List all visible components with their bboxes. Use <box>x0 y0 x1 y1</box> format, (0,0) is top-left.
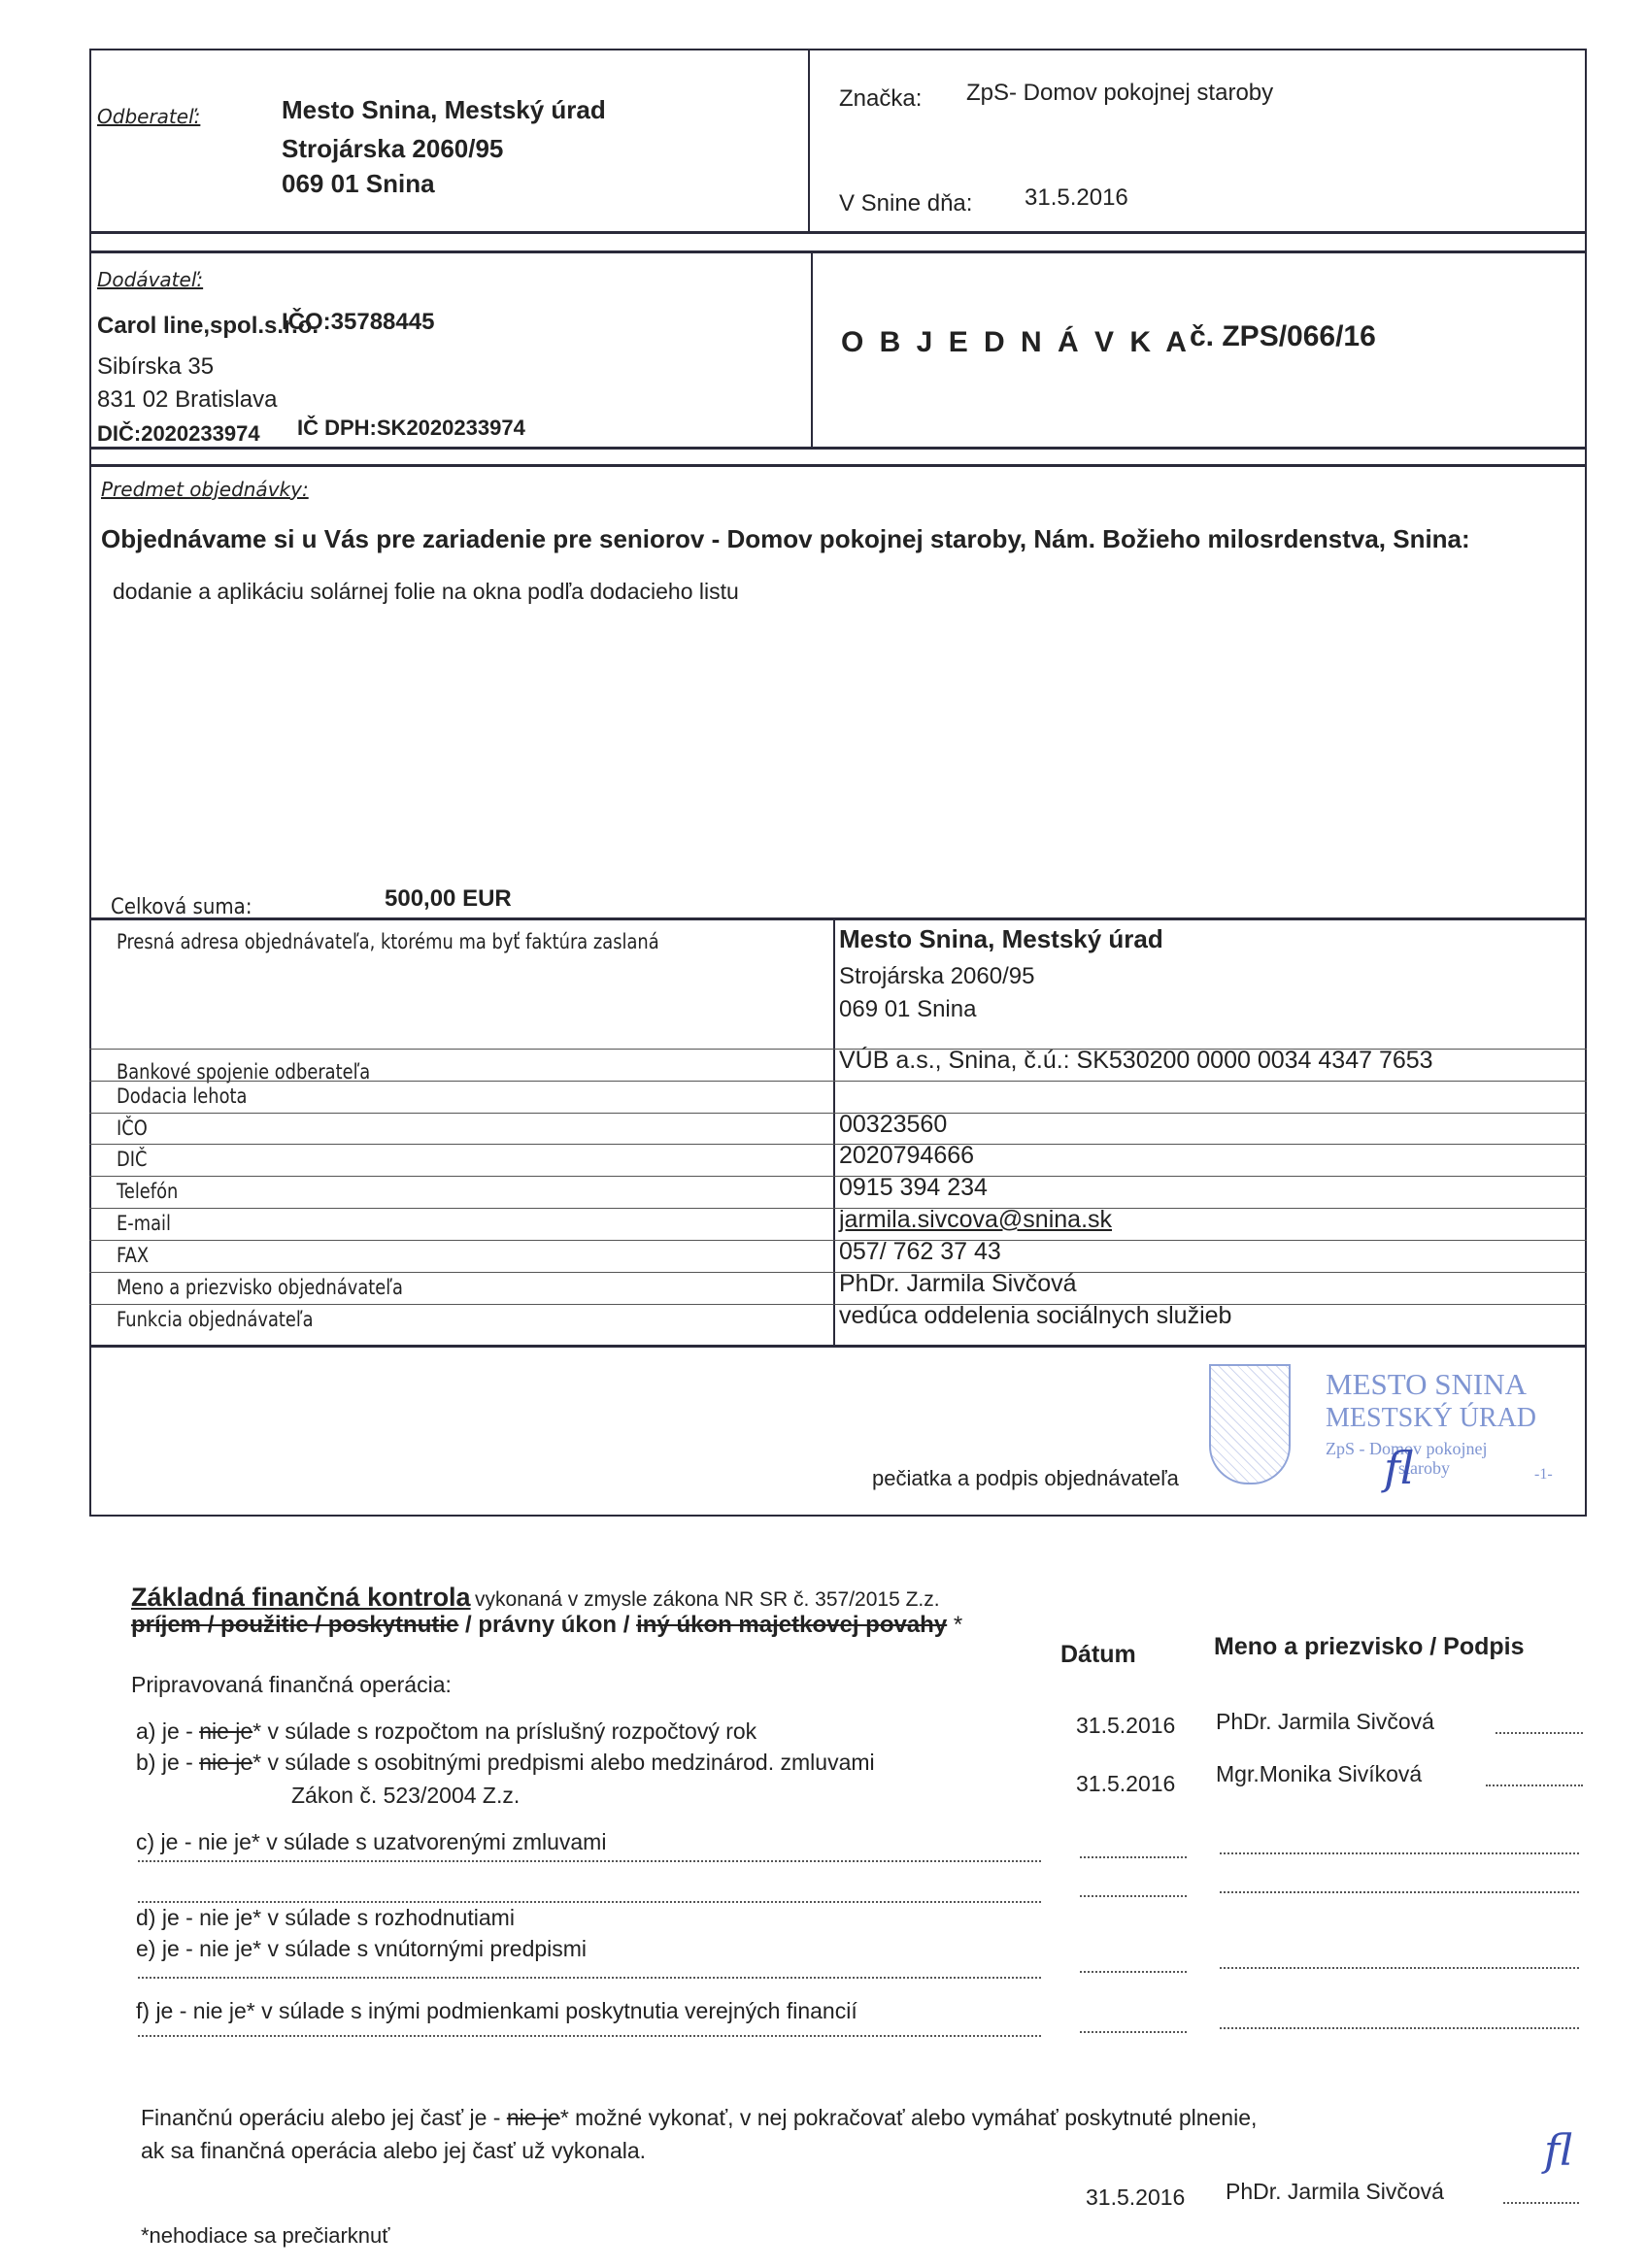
detail-row-value: 057/ 762 37 43 <box>839 1238 1001 1266</box>
detail-row-value: PhDr. Jarmila Sivčová <box>839 1270 1077 1298</box>
item-prefix: a) je - <box>136 1718 199 1744</box>
fill-line[interactable] <box>138 1977 1041 1979</box>
control-item: e) je - nie je* v súlade s vnútornými pr… <box>136 1936 587 1962</box>
final-statement-line2: ak sa finančná operácia alebo jej časť u… <box>141 2138 646 2164</box>
item-text: * v súlade s rozhodnutiami <box>252 1905 515 1930</box>
item-prefix: b) je - <box>136 1750 199 1775</box>
final-prefix: Finančnú operáciu alebo jej časť je - <box>141 2105 507 2130</box>
item-prefix: e) je - nie je <box>136 1936 252 1961</box>
footnote: *nehodiace sa prečiarknuť <box>141 2223 390 2249</box>
item-struck: nie je <box>199 1718 252 1744</box>
item-text: * v súlade s vnútornými predpismi <box>252 1936 587 1961</box>
section-separator <box>89 917 1587 920</box>
subject-label: Predmet objednávky: <box>101 478 309 501</box>
detail-row-value: 00323560 <box>839 1111 947 1139</box>
mark-value: ZpS- Domov pokojnej staroby <box>966 80 1273 107</box>
stamp-line2: MESTSKÝ ÚRAD <box>1326 1403 1536 1434</box>
control-heading: Základná finančná kontrola vykonaná v zm… <box>131 1583 940 1613</box>
column-name-header: Meno a priezvisko / Podpis <box>1214 1633 1525 1661</box>
signature-blank[interactable] <box>1220 1967 1579 1969</box>
item-text: * v súlade s uzatvorenými zmluvami <box>252 1829 607 1854</box>
detail-row-label: Telefón <box>117 1180 178 1203</box>
item-prefix: f) je - nie je <box>136 1998 247 2023</box>
section-separator <box>89 250 1587 253</box>
signature-blank[interactable] <box>1220 1852 1579 1854</box>
control-title: Základná finančná kontrola <box>131 1583 471 1612</box>
invoice-address-city: 069 01 Snina <box>839 996 976 1023</box>
detail-row-value: 2020794666 <box>839 1142 974 1170</box>
date-blank[interactable] <box>1080 1895 1187 1897</box>
total-label: Celková suma: <box>111 895 252 919</box>
item-struck: nie je <box>199 1750 252 1775</box>
header-divider <box>811 250 813 447</box>
final-date: 31.5.2016 <box>1086 2185 1185 2211</box>
prepared-operation-label: Pripravovaná finančná operácia: <box>131 1672 452 1698</box>
final-signature-line <box>1503 2202 1579 2204</box>
item-date: 31.5.2016 <box>1076 1713 1175 1739</box>
signature-line[interactable] <box>1496 1732 1583 1734</box>
row-separator <box>89 1272 1587 1273</box>
detail-row-label: DIČ <box>117 1148 147 1171</box>
invoice-address-name: Mesto Snina, Mestský úrad <box>839 924 1163 954</box>
customer-name: Mesto Snina, Mestský úrad <box>282 95 606 125</box>
detail-row-label: IČO <box>117 1117 148 1140</box>
row-separator <box>89 1304 1587 1305</box>
control-item: a) je - nie je* v súlade s rozpočtom na … <box>136 1718 756 1745</box>
total-value: 500,00 EUR <box>385 885 512 913</box>
detail-row-label: Funkcia objednávateľa <box>117 1308 314 1331</box>
row-separator <box>89 1240 1587 1241</box>
invoice-address-street: Strojárska 2060/95 <box>839 963 1034 990</box>
date-value: 31.5.2016 <box>1025 184 1128 212</box>
detail-row-value: VÚB a.s., Snina, č.ú.: SK530200 0000 003… <box>839 1047 1433 1075</box>
customer-street: Strojárska 2060/95 <box>282 134 503 164</box>
supplier-ic-dph: IČ DPH:SK2020233974 <box>297 416 525 441</box>
customer-label: Odberateľ: <box>97 105 200 128</box>
row-separator <box>89 1208 1587 1209</box>
row-separator <box>89 1081 1587 1082</box>
email-link[interactable]: jarmila.sivcova@snina.sk <box>839 1206 1112 1234</box>
mark-label: Značka: <box>839 85 922 113</box>
types-star: * <box>954 1612 962 1638</box>
date-blank[interactable] <box>1080 2031 1187 2033</box>
supplier-ico: IČO:35788445 <box>282 309 434 336</box>
item-date: 31.5.2016 <box>1076 1771 1175 1797</box>
final-rest: * možné vykonať, v nej pokračovať alebo … <box>560 2105 1258 2130</box>
item-signer-name: Mgr.Monika Sivíková <box>1216 1761 1422 1787</box>
stamp-signature-label: pečiatka a podpis objednávateľa <box>872 1466 1179 1491</box>
fill-line[interactable] <box>138 1901 1041 1903</box>
item-text: * v súlade s osobitnými predpismi alebo … <box>252 1750 874 1775</box>
detail-row-value: 0915 394 234 <box>839 1174 988 1202</box>
item-text: * v súlade s inými podmienkami poskytnut… <box>247 1998 857 2023</box>
control-item: d) je - nie je* v súlade s rozhodnutiami <box>136 1905 515 1931</box>
stamp-number: -1- <box>1534 1466 1553 1484</box>
order-number: č. ZPS/066/16 <box>1190 320 1376 353</box>
date-blank[interactable] <box>1080 1971 1187 1973</box>
signature-blank[interactable] <box>1220 2027 1579 2029</box>
signature-blank[interactable] <box>1220 1891 1579 1893</box>
column-date-header: Dátum <box>1060 1641 1136 1669</box>
types-struck-2: iný úkon majetkovej povahy <box>636 1612 947 1638</box>
final-struck: nie je <box>507 2105 560 2130</box>
final-name: PhDr. Jarmila Sivčová <box>1226 2179 1444 2205</box>
types-struck-1: príjem / použitie / poskytnutie <box>131 1612 458 1638</box>
stamp-line1: MESTO SNINA <box>1326 1367 1527 1402</box>
detail-row-value: vedúca oddelenia sociálnych služieb <box>839 1302 1231 1330</box>
item-prefix: d) je - nie je <box>136 1905 252 1930</box>
fill-line[interactable] <box>138 2035 1041 2037</box>
row-separator <box>89 1113 1587 1114</box>
date-label: V Snine dňa: <box>839 190 972 217</box>
control-item: b) je - nie je* v súlade s osobitnými pr… <box>136 1750 875 1776</box>
city-coat-of-arms-stamp <box>1209 1364 1291 1484</box>
order-title: O B J E D N Á V K A <box>841 326 1191 359</box>
header-divider <box>808 49 810 233</box>
fill-line[interactable] <box>138 1860 1041 1862</box>
detail-row-label: E-mail <box>117 1212 171 1235</box>
section-separator <box>89 231 1587 234</box>
control-item: f) je - nie je* v súlade s inými podmien… <box>136 1998 857 2024</box>
control-types: príjem / použitie / poskytnutie / právny… <box>131 1612 962 1639</box>
control-law: vykonaná v zmysle zákona NR SR č. 357/20… <box>475 1588 940 1611</box>
supplier-dic: DIČ:2020233974 <box>97 421 260 447</box>
invoice-address-label: Presná adresa objednávateľa, ktorému ma … <box>117 930 659 953</box>
row-separator <box>89 1176 1587 1177</box>
details-divider <box>833 917 835 1345</box>
customer-city: 069 01 Snina <box>282 169 435 199</box>
subject-line1: Objednávame si u Vás pre zariadenie pre … <box>101 524 1470 554</box>
detail-row-label: Meno a priezvisko objednávateľa <box>117 1276 403 1299</box>
supplier-street: Sibírska 35 <box>97 353 214 381</box>
detail-row-label: Dodacia lehota <box>117 1084 247 1108</box>
section-separator <box>89 1345 1587 1348</box>
detail-row-label: FAX <box>117 1244 149 1267</box>
supplier-label: Dodávateľ: <box>97 268 203 291</box>
item-text: * v súlade s rozpočtom na príslušný rozp… <box>252 1718 756 1744</box>
subject-line2: dodanie a aplikáciu solárnej folie na ok… <box>113 579 739 605</box>
types-mid: / právny úkon / <box>465 1612 629 1638</box>
signature-icon: ﬂ <box>1544 2126 1572 2176</box>
signature-line[interactable] <box>1486 1784 1583 1786</box>
control-item: c) je - nie je* v súlade s uzatvorenými … <box>136 1829 606 1855</box>
section-separator <box>89 464 1587 467</box>
item-prefix: c) je - nie je <box>136 1829 252 1854</box>
signature-icon: ﬂ <box>1384 1442 1414 1494</box>
section-separator <box>89 447 1587 450</box>
item-text: Zákon č. 523/2004 Z.z. <box>291 1783 520 1808</box>
row-separator <box>89 1144 1587 1145</box>
date-blank[interactable] <box>1080 1856 1187 1858</box>
item-signer-name: PhDr. Jarmila Sivčová <box>1216 1709 1434 1735</box>
control-item: Zákon č. 523/2004 Z.z. <box>291 1783 520 1809</box>
final-statement: Finančnú operáciu alebo jej časť je - ni… <box>141 2105 1257 2131</box>
supplier-city: 831 02 Bratislava <box>97 386 277 414</box>
